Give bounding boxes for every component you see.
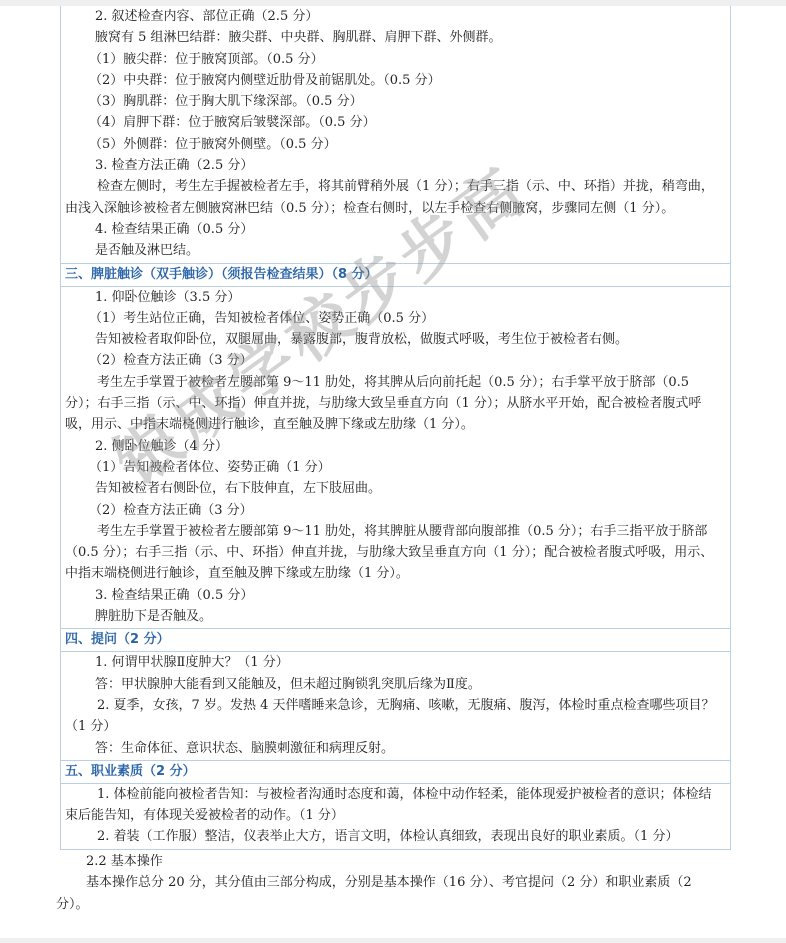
rubric-line: 答：甲状腺肿大能看到又能触及，但未超过胸锁乳突肌后缘为Ⅱ度。 — [63, 674, 724, 695]
rubric-line: （2）检查方法正确（3 分） — [63, 500, 724, 521]
rubric-line: 2. 侧卧位触诊（4 分） — [63, 436, 724, 457]
rubric-line: 2. 夏季，女孩，7 岁。发热 4 天伴嗜睡来急诊，无胸痛、咳嗽，无腹痛、腹泻，… — [63, 695, 724, 738]
rubric-line: （4）肩胛下群：位于腋窝后皱襞深部。（0.5 分） — [63, 112, 724, 133]
section-4-body-row: 1. 何谓甲状腺Ⅱ度肿大？（1 分）答：甲状腺肿大能看到又能触及，但未超过胸锁乳… — [61, 652, 731, 760]
basic-operation-paragraph: 基本操作总分 20 分，其分值由三部分构成，分别是基本操作（16 分）、考官提问… — [56, 872, 728, 915]
rubric-line: 腋窝有 5 组淋巴结群：腋尖群、中央群、胸肌群、肩胛下群、外侧群。 — [63, 27, 724, 48]
section-5-header-row: 五、职业素质（2 分） — [61, 760, 731, 783]
rubric-line: 考生左手掌置于被检者左腰部第 9～11 肋处，将其脾脏从腰背部向腹部推（0.5 … — [63, 521, 724, 585]
rubric-line: 3. 检查结果正确（0.5 分） — [63, 585, 724, 606]
rubric-line: （3）胸肌群：位于胸大肌下缘深部。（0.5 分） — [63, 91, 724, 112]
section-4-title: 四、提问（2 分） — [63, 629, 724, 650]
rubric-line: 答：生命体征、意识状态、脑膜刺激征和病理反射。 — [63, 738, 724, 759]
rubric-line: 2. 着装（工作服）整洁，仪表举止大方，语言文明，体检认真细致，表现出良好的职业… — [63, 826, 724, 847]
section-4-body: 1. 何谓甲状腺Ⅱ度肿大？（1 分）答：甲状腺肿大能看到又能触及，但未超过胸锁乳… — [61, 652, 731, 760]
rubric-line: （1）腋尖群：位于腋窝顶部。（0.5 分） — [63, 49, 724, 70]
rubric-line: （1）告知被检者体位、姿势正确（1 分） — [63, 457, 724, 478]
rubric-line: 1. 体检前能向被检者告知：与被检者沟通时态度和蔼，体检中动作轻柔，能体现爱护被… — [63, 784, 724, 827]
rubric-table: 2. 叙述检查内容、部位正确（2.5 分）腋窝有 5 组淋巴结群：腋尖群、中央群… — [60, 6, 731, 850]
rubric-line: （1）考生站位正确，告知被检者体位、姿势正确（0.5 分） — [63, 308, 724, 329]
rubric-line: 1. 何谓甲状腺Ⅱ度肿大？（1 分） — [63, 652, 724, 673]
section-2-continuation: 2. 叙述检查内容、部位正确（2.5 分）腋窝有 5 组淋巴结群：腋尖群、中央群… — [61, 6, 731, 263]
section-3-body-row: 1. 仰卧位触诊（3.5 分）（1）考生站位正确，告知被检者体位、姿势正确（0.… — [61, 286, 731, 629]
section-4-header-row: 四、提问（2 分） — [61, 629, 731, 652]
subheading-basic-operation: 2.2 基本操作 — [56, 851, 728, 872]
rubric-line: （2）检查方法正确（3 分） — [63, 350, 724, 371]
rubric-line: 是否触及淋巴结。 — [63, 240, 724, 261]
rubric-line: 2. 叙述检查内容、部位正确（2.5 分） — [63, 6, 724, 27]
section-5-title: 五、职业素质（2 分） — [63, 761, 724, 782]
after-table-text: 2.2 基本操作 基本操作总分 20 分，其分值由三部分构成，分别是基本操作（1… — [56, 851, 728, 915]
section-2-body: 2. 叙述检查内容、部位正确（2.5 分）腋窝有 5 组淋巴结群：腋尖群、中央群… — [61, 6, 731, 263]
rubric-line: 告知被检者取仰卧位，双腿屈曲，暴露腹部，腹背放松，做腹式呼吸，考生位于被检者右侧… — [63, 329, 724, 350]
section-5-body-row: 1. 体检前能向被检者告知：与被检者沟通时态度和蔼，体检中动作轻柔，能体现爱护被… — [61, 783, 731, 849]
section-3-body: 1. 仰卧位触诊（3.5 分）（1）考生站位正确，告知被检者体位、姿势正确（0.… — [61, 286, 731, 629]
rubric-line: （5）外侧群：位于腋窝外侧壁。（0.5 分） — [63, 134, 724, 155]
section-5-body: 1. 体检前能向被检者告知：与被检者沟通时态度和蔼，体检中动作轻柔，能体现爱护被… — [61, 783, 731, 849]
rubric-line: （2）中央群：位于腋窝内侧壁近肋骨及前锯肌处。（0.5 分） — [63, 70, 724, 91]
section-3-header-row: 三、脾脏触诊（双手触诊）（须报告检查结果）（8 分） — [61, 263, 731, 286]
rubric-line: 检查左侧时，考生左手握被检者左手，将其前臂稍外展（1 分）；右手三指（示、中、环… — [63, 176, 724, 219]
rubric-line: 4. 检查结果正确（0.5 分） — [63, 219, 724, 240]
rubric-line: 3. 检查方法正确（2.5 分） — [63, 155, 724, 176]
rubric-line: 脾脏肋下是否触及。 — [63, 606, 724, 627]
rubric-line: 考生左手掌置于被检者左腰部第 9～11 肋处，将其脾从后向前托起（0.5 分）；… — [63, 372, 724, 436]
bottom-strip — [0, 938, 786, 943]
section-3-title: 三、脾脏触诊（双手触诊）（须报告检查结果）（8 分） — [63, 264, 724, 285]
rubric-line: 告知被检者右侧卧位，右下肢伸直，左下肢屈曲。 — [63, 478, 724, 499]
rubric-line: 1. 仰卧位触诊（3.5 分） — [63, 287, 724, 308]
